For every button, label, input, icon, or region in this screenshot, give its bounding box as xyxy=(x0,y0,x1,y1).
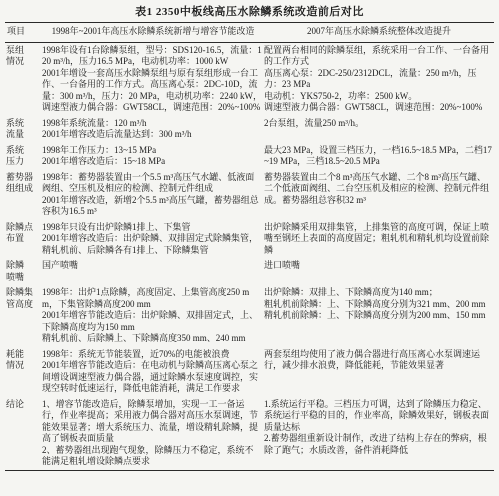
cell-paragraph: 2001年增容改造后：15~18 MPa xyxy=(42,156,262,168)
cell-paragraph: 1998年工作压力：13~15 MPa xyxy=(42,145,262,157)
cell-2007: 1.系统运行平稳。三档压力可调，达到了除鳞压力稳定、系统运行平稳的目的，作业率高… xyxy=(264,397,494,470)
cell-paragraph: 2001年增设一套高压水除鳞泵组与原有泵组形成一台工作、一台备用的工作方式。高压… xyxy=(42,68,262,114)
table-row-accumulator-group: 蓄势器 组组成 1998年：蓄势器装置由一个5.5 m³高压气水罐、低液面阀组、… xyxy=(5,170,494,220)
cell-paragraph: 电动机：YKS750-2，功率：2500 kW。 xyxy=(264,91,492,103)
cell-2007: 两套泵组均使用了液力偶合器进行高压离心水泵调速运行，减少排水浪费，降低能耗，节能… xyxy=(264,347,494,397)
comparison-table-body: 泵组 情况 1998年设有1台除鳞泵组，型号：SDS120-16.5，流量：12… xyxy=(5,43,494,470)
header-cell-item: 项目 xyxy=(5,23,42,42)
cell-1998: 1998年：蓄势器装置由一个5.5 m³高压气水罐、低液面阀组、空压机及相应的检… xyxy=(42,170,264,220)
cell-1998: 1998年工作压力：13~15 MPa 2001年增容改造后：15~18 MPa xyxy=(42,143,264,170)
cell-paragraph: 2001年增容节能改造后：在电动机与除鳞高压离心泵之间增设调速型液力偶合器，通过… xyxy=(42,360,262,395)
cell-2007: 蓄势器装置由二个8 m³高压气水罐、二个8 m³高压气罐、二个低液面阀组、二台空… xyxy=(264,170,494,220)
table-row-nozzles: 除鳞 喷嘴 国产喷嘴 进口喷嘴 xyxy=(5,258,494,285)
table-row-system-pressure: 系统 压力 1998年工作压力：13~15 MPa 2001年增容改造后：15~… xyxy=(5,143,494,170)
cell-paragraph: 最大23 MPa，设置三档压力，一档16.5~18.5 MPa，二档17~19 … xyxy=(264,145,492,168)
cell-2007: 出炉除鳞采用双排集管，上排集管的高度可调，保证上喷嘴至钢坯上表面的高度固定；粗轧… xyxy=(264,220,494,259)
header-cell-1998-upgrade: 1998年~2001年高压水除鳞系统新增与增容节能改造 xyxy=(42,23,264,42)
table-row-conclusion: 结论 1、增容节能改造后，除鳞泵增加，实现一工一备运行，作业率提高；采用液力偶合… xyxy=(5,397,494,470)
cell-1998: 1998年：系统无节能装置，近70%的电能被浪费 2001年增容节能改造后：在电… xyxy=(42,347,264,397)
table-title: 表1 2350中板线高压水除鳞系统改造前后对比 xyxy=(5,3,494,22)
cell-paragraph: 粗轧机前除鳞：上、下除鳞高度分别为321 mm、200 mm xyxy=(264,299,492,311)
cell-paragraph: 1998年：蓄势器装置由一个5.5 m³高压气水罐、低液面阀组、空压机及相应的检… xyxy=(42,172,262,195)
cell-paragraph: 蓄势器装置由二个8 m³高压气水罐、二个8 m³高压气罐、二个低液面阀组、二台空… xyxy=(264,172,492,207)
cell-2007: 2台泵组，流量250 m³/h。 xyxy=(264,116,494,143)
row-label: 除鳞点 布置 xyxy=(5,220,42,259)
cell-paragraph: 1998年：系统无节能装置，近70%的电能被浪费 xyxy=(42,349,262,361)
cell-paragraph: 配置两台相同的除鳞泵组，系统采用一台工作、一台备用的工作方式 xyxy=(264,45,492,68)
cell-1998: 国产喷嘴 xyxy=(42,258,264,285)
cell-paragraph: 1998年系统流量：120 m³/h xyxy=(42,118,262,130)
cell-paragraph: 2001年增容改造后：出炉除鳞、双排固定式除鳞集管，精轧机前、后除鳞各有1排上、… xyxy=(42,233,262,256)
cell-paragraph: 1998年设有1台除鳞泵组，型号：SDS120-16.5，流量：120 m³/h… xyxy=(42,45,262,68)
table-row-header-height: 除鳞集 管高度 1998年：出炉1点除鳞，高度固定、上集管高度250 mm，下集… xyxy=(5,285,494,347)
row-label: 系统 压力 xyxy=(5,143,42,170)
row-label: 除鳞 喷嘴 xyxy=(5,258,42,285)
cell-1998: 1998年设有1台除鳞泵组，型号：SDS120-16.5，流量：120 m³/h… xyxy=(42,43,264,116)
cell-paragraph: 2001年增容节能改造后：出炉除鳞、双排固定式，上、下除鳞高度均为150 mm xyxy=(42,310,262,333)
cell-paragraph: 1998年：出炉1点除鳞，高度固定、上集管高度250 mm，下集管除鳞高度200… xyxy=(42,287,262,310)
table-row-pump-group: 泵组 情况 1998年设有1台除鳞泵组，型号：SDS120-16.5，流量：12… xyxy=(5,43,494,116)
cell-2007: 最大23 MPa，设置三档压力，一档16.5~18.5 MPa，二档17~19 … xyxy=(264,143,494,170)
cell-paragraph: 国产喷嘴 xyxy=(42,260,262,272)
row-label: 系统 流量 xyxy=(5,116,42,143)
cell-paragraph: 2001年增容改造，新增2个5.5 m³高压气罐，蓄势器组总容积为16.5 m³ xyxy=(42,195,262,218)
cell-2007: 出炉除鳞：双排上、下除鳞高度为140 mm； 粗轧机前除鳞：上、下除鳞高度分别为… xyxy=(264,285,494,347)
row-label: 耗能 情况 xyxy=(5,347,42,397)
cell-paragraph: 2.蓄势器组重新设计制作，改进了结构上存在的弊病，根除了跑气；水质改善，备件消耗… xyxy=(264,433,492,456)
cell-paragraph: 2001年增容改造后流量达到：300 m³/h xyxy=(42,129,262,141)
cell-2007: 进口喷嘴 xyxy=(264,258,494,285)
cell-paragraph: 进口喷嘴 xyxy=(264,260,492,272)
cell-1998: 1998年系统流量：120 m³/h 2001年增容改造后流量达到：300 m³… xyxy=(42,116,264,143)
cell-paragraph: 1、增容节能改造后，除鳞泵增加，实现一工一备运行，作业率提高；采用液力偶合器对高… xyxy=(42,399,262,445)
cell-paragraph: 2台泵组，流量250 m³/h。 xyxy=(264,118,492,130)
cell-paragraph: 出炉除鳞：双排上、下除鳞高度为140 mm； xyxy=(264,287,492,299)
cell-2007: 配置两台相同的除鳞泵组，系统采用一台工作、一台备用的工作方式 高压离心泵：2DC… xyxy=(264,43,494,116)
table-row-energy-consumption: 耗能 情况 1998年：系统无节能装置，近70%的电能被浪费 2001年增容节能… xyxy=(5,347,494,397)
cell-paragraph: 精轧机前、后除鳞上、下除鳞高度350 mm、240 mm xyxy=(42,333,262,345)
row-label: 泵组 情况 xyxy=(5,43,42,116)
cell-paragraph: 2、蓄势器组出现跑气现象，除鳞压力不稳定，系统不能满足粗轧增设除鳞点要求 xyxy=(42,445,262,468)
bottom-rule xyxy=(5,470,494,471)
row-label: 蓄势器 组组成 xyxy=(5,170,42,220)
row-label: 结论 xyxy=(5,397,42,470)
cell-paragraph: 1998年只设有出炉除鳞1排上、下集管 xyxy=(42,222,262,234)
cell-paragraph: 高压离心泵：2DC-250/2312DCL，流量：250 m³/h，压力：23 … xyxy=(264,68,492,91)
table-row-system-flow: 系统 流量 1998年系统流量：120 m³/h 2001年增容改造后流量达到：… xyxy=(5,116,494,143)
scanned-table-page: 表1 2350中板线高压水除鳞系统改造前后对比 项目 1998年~2001年高压… xyxy=(0,0,499,471)
cell-paragraph: 两套泵组均使用了液力偶合器进行高压离心水泵调速运行，减少排水浪费，降低能耗，节能… xyxy=(264,349,492,372)
cell-paragraph: 出炉除鳞采用双排集管，上排集管的高度可调，保证上喷嘴至钢坯上表面的高度固定；粗轧… xyxy=(264,222,492,257)
table-header-row: 项目 1998年~2001年高压水除鳞系统新增与增容节能改造 2007年高压水除… xyxy=(5,23,494,42)
cell-paragraph: 精轧机前除鳞：上、下除鳞高度分别为200 mm、150 mm xyxy=(264,310,492,322)
cell-1998: 1998年只设有出炉除鳞1排上、下集管 2001年增容改造后：出炉除鳞、双排固定… xyxy=(42,220,264,259)
cell-paragraph: 1.系统运行平稳。三档压力可调，达到了除鳞压力稳定、系统运行平稳的目的，作业率高… xyxy=(264,399,492,434)
header-cell-2007-upgrade: 2007年高压水除鳞系统整体改造提升 xyxy=(264,23,494,42)
row-label: 除鳞集 管高度 xyxy=(5,285,42,347)
table-row-descaling-points: 除鳞点 布置 1998年只设有出炉除鳞1排上、下集管 2001年增容改造后：出炉… xyxy=(5,220,494,259)
cell-1998: 1、增容节能改造后，除鳞泵增加，实现一工一备运行，作业率提高；采用液力偶合器对高… xyxy=(42,397,264,470)
cell-paragraph: 调速型液力偶合器：GWT58CL，调速范围：20%~100% xyxy=(264,102,492,114)
comparison-table: 项目 1998年~2001年高压水除鳞系统新增与增容节能改造 2007年高压水除… xyxy=(5,23,494,42)
cell-1998: 1998年：出炉1点除鳞，高度固定、上集管高度250 mm，下集管除鳞高度200… xyxy=(42,285,264,347)
